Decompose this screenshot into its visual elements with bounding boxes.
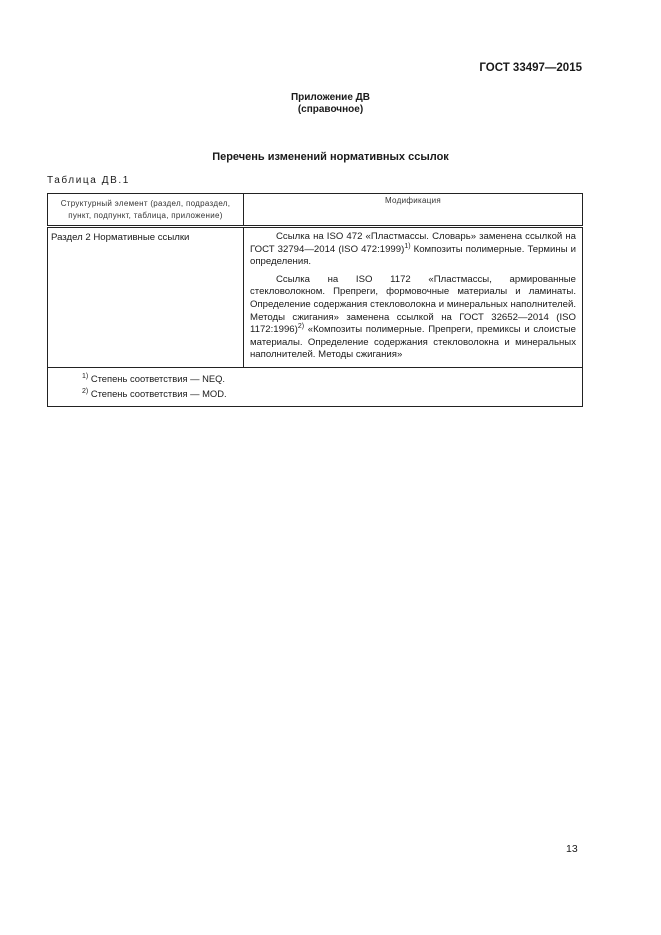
table-row: Раздел 2 Нормативные ссылки Ссылка на IS… xyxy=(48,227,583,368)
footnotes-cell: 1) Степень соответствия — NEQ. 2) Степен… xyxy=(48,367,583,406)
footnote: 1) Степень соответствия — NEQ. xyxy=(82,371,582,387)
changes-table: Структурный элемент (раздел, подраздел, … xyxy=(47,193,583,407)
column-header-element: Структурный элемент (раздел, подраздел, … xyxy=(48,194,244,227)
table-header-row: Структурный элемент (раздел, подраздел, … xyxy=(48,194,583,227)
page-number: 13 xyxy=(566,843,578,855)
modification-cell: Ссылка на ISO 472 «Пластмассы. Словарь» … xyxy=(244,227,583,368)
standard-code: ГОСТ 33497—2015 xyxy=(440,62,582,74)
appendix-status: (справочное) xyxy=(0,104,661,116)
footnote: 2) Степень соответствия — MOD. xyxy=(82,386,582,402)
appendix-title: Приложение ДВ xyxy=(0,92,661,104)
modification-paragraph: Ссылка на ISO 1172 «Пластмассы, армирова… xyxy=(250,274,576,362)
table-caption: Таблица ДВ.1 xyxy=(47,175,130,186)
column-header-modification: Модификация xyxy=(244,194,583,227)
footnote-text: Степень соответствия — NEQ. xyxy=(88,373,225,384)
footnote-row: 1) Степень соответствия — NEQ. 2) Степен… xyxy=(48,367,583,406)
modification-paragraph: Ссылка на ISO 472 «Пластмассы. Словарь» … xyxy=(250,231,576,269)
section-title: Перечень изменений нормативных ссылок xyxy=(0,151,661,163)
footnote-text: Степень соответствия — MOD. xyxy=(88,388,226,399)
structural-element-cell: Раздел 2 Нормативные ссылки xyxy=(48,227,244,368)
